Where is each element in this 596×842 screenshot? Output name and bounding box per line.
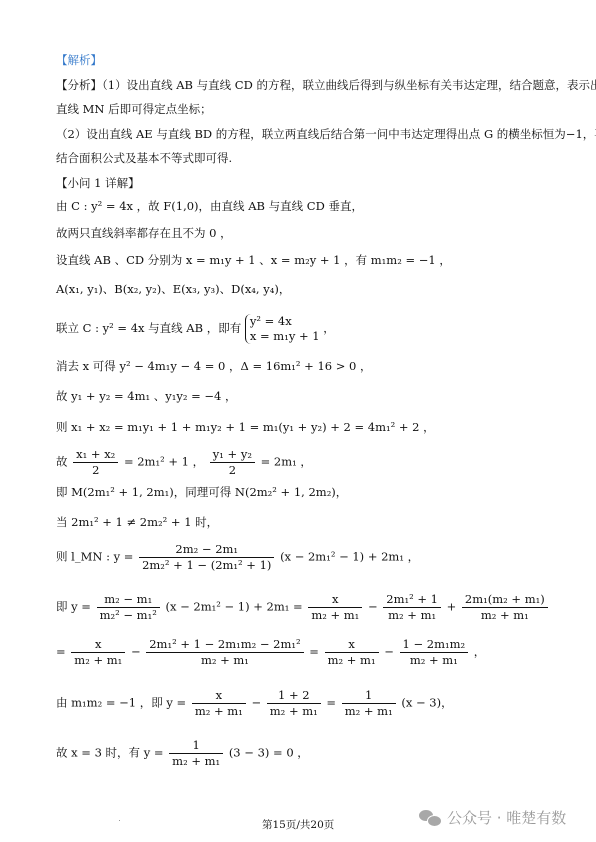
page-number: 第15页/共20页 [262,817,334,832]
fraction: 2m₁² + 1m₂ + m₁ [383,592,441,623]
numerator: x [192,688,246,704]
numerator: y₁ + y₂ [210,447,255,463]
analysis-part1-text: （1）设出直线 AB 与直线 CD 的方程，联立曲线后得到与纵坐标有关韦达定理，… [102,78,596,92]
denominator: 2 [210,463,255,478]
numerator: x₁ + x₂ [73,447,118,463]
fraction: xm₂ + m₁ [308,592,362,623]
section-heading: 【解析】 [56,52,102,68]
line5-suffix: ， [323,321,335,335]
solution-line-11: 当 2m₁² + 1 ≠ 2m₂² + 1 时， [56,514,218,530]
solution-line-15: 由 m₁m₂ = −1 ，即 y = xm₂ + m₁ − 1 + 2m₂ + … [56,688,453,719]
solution-line-16: 故 x = 3 时，有 y = 1m₂ + m₁ (3 − 3) = 0 ， [56,738,309,769]
fraction: xm₂ + m₁ [71,637,125,668]
denominator: m₂ + m₁ [308,608,362,623]
fraction: x₁ + x₂2 [73,447,118,478]
numerator: m₂ − m₁ [97,592,160,608]
operator: − [384,645,394,659]
denominator: m₂ + m₁ [267,704,321,719]
analysis-part1-line2: 直线 MN 后即可得定点坐标； [56,101,212,117]
solution-line-6: 消去 x 可得 y² − 4m₁y − 4 = 0 ，Δ = 16m₁² + 1… [56,358,372,374]
subquestion-heading: 【小问 1 详解】 [56,175,140,191]
numerator: 2m₁(m₂ + m₁) [462,592,548,608]
watermark: 公众号 · 唯楚有数 [419,807,566,828]
fraction: y₁ + y₂2 [210,447,255,478]
denominator: m₂ + m₁ [383,608,441,623]
fraction: xm₂ + m₁ [192,688,246,719]
line5-prefix: 联立 C : y² = 4x 与直线 AB ，即有 [56,321,241,335]
denominator: 2 [73,463,118,478]
numerator: 1 − 2m₁m₂ [400,637,469,653]
solution-line-5: 联立 C : y² = 4x 与直线 AB ，即有 y² = 4x x = m₁… [56,314,335,344]
fraction: xm₂ + m₁ [325,637,379,668]
fraction: 2m₁² + 1 − 2m₁m₂ − 2m₁²m₂ + m₁ [146,637,303,668]
line9-prefix: 故 [56,455,68,469]
denominator: m₂ + m₁ [146,653,303,668]
line14-prefix: = [56,645,66,659]
numerator: 2m₁² + 1 [383,592,441,608]
fraction: 1 + 2m₂ + m₁ [267,688,321,719]
line9-suffix: = 2m₁ ， [261,455,312,469]
denominator: m₂ + m₁ [71,653,125,668]
fraction: m₂ − m₁m₂² − m₁² [97,592,160,623]
line13-mid: (x − 2m₁² − 1) + 2m₁ = [165,600,302,614]
solution-line-1: 由 C : y² = 4x ，故 F(1,0)，由直线 AB 与直线 CD 垂直… [56,198,363,214]
solution-line-2: 故两只直线斜率都存在且不为 0 ， [56,225,232,241]
numerator: 1 [169,738,223,754]
analysis-part2-line1: （2）设出直线 AE 与直线 BD 的方程，联立两直线后结合第一问中韦达定理得出… [56,126,596,142]
denominator: m₂ + m₁ [462,608,548,623]
system-eq-1: y² = 4x [250,314,320,329]
denominator: m₂ + m₁ [192,704,246,719]
line9-mid: = 2m₁² + 1 ， [124,455,204,469]
solution-line-3: 设直线 AB 、CD 分别为 x = m₁y + 1 、x = m₂y + 1 … [56,252,451,268]
solution-line-9: 故 x₁ + x₂2 = 2m₁² + 1 ， y₁ + y₂2 = 2m₁ ， [56,447,312,478]
line16-suffix: (3 − 3) = 0 ， [229,746,309,760]
numerator: 1 [342,688,396,704]
numerator: x [325,637,379,653]
operator: + [447,600,457,614]
denominator: m₂ + m₁ [169,754,223,769]
operator: = [309,645,319,659]
solution-line-8: 则 x₁ + x₂ = m₁y₁ + 1 + m₁y₂ + 1 = m₁(y₁ … [56,419,435,435]
line16-prefix: 故 x = 3 时，有 y = [56,746,164,760]
fraction: 1m₂ + m₁ [169,738,223,769]
operator: = [326,696,336,710]
line12-prefix: 则 l_MN : y = [56,550,133,564]
denominator: m₂ + m₁ [400,653,469,668]
analysis-part2-line2: 结合面积公式及基本不等式即可得. [56,150,232,166]
numerator: 2m₁² + 1 − 2m₁m₂ − 2m₁² [146,637,303,653]
solution-line-7: 故 y₁ + y₂ = 4m₁ 、y₁y₂ = −4 ， [56,388,237,404]
solution-line-10: 即 M(2m₁² + 1, 2m₁)，同理可得 N(2m₂² + 1, 2m₂)… [56,484,347,500]
numerator: 1 + 2 [267,688,321,704]
line15-suffix: (x − 3)， [401,696,452,710]
numerator: x [71,637,125,653]
solution-line-13: 即 y = m₂ − m₁m₂² − m₁² (x − 2m₁² − 1) + … [56,592,550,623]
solution-line-14: = xm₂ + m₁ − 2m₁² + 1 − 2m₁m₂ − 2m₁²m₂ +… [56,637,485,668]
denominator: m₂² − m₁² [97,608,160,623]
fraction: 2m₁(m₂ + m₁)m₂ + m₁ [462,592,548,623]
numerator: x [308,592,362,608]
line14-suffix: ， [474,645,486,659]
denominator: 2m₂² + 1 − (2m₁² + 1) [139,558,274,573]
stray-dot [119,820,120,821]
operator: − [131,645,141,659]
numerator: 2m₂ − 2m₁ [139,542,274,558]
fraction: 1 − 2m₁m₂m₂ + m₁ [400,637,469,668]
analysis-part1-line1: 【分析】（1）设出直线 AB 与直线 CD 的方程，联立曲线后得到与纵坐标有关韦… [56,77,596,93]
denominator: m₂ + m₁ [342,704,396,719]
operator: − [251,696,261,710]
operator: − [368,600,378,614]
analysis-label: 【分析】 [56,78,102,92]
watermark-text: 公众号 · 唯楚有数 [447,807,566,828]
fraction: 1m₂ + m₁ [342,688,396,719]
solution-line-4: A(x₁, y₁)、B(x₂, y₂)、E(x₃, y₃)、D(x₄, y₄)， [56,281,290,297]
system-eq-2: x = m₁y + 1 [250,329,320,344]
line13-prefix: 即 y = [56,600,91,614]
solution-line-12: 则 l_MN : y = 2m₂ − 2m₁2m₂² + 1 − (2m₁² +… [56,542,419,573]
equation-system: y² = 4x x = m₁y + 1 [245,314,320,344]
fraction: 2m₂ − 2m₁2m₂² + 1 − (2m₁² + 1) [139,542,274,573]
wechat-icon [419,810,441,826]
denominator: m₂ + m₁ [325,653,379,668]
line12-suffix: (x − 2m₁² − 1) + 2m₁ ， [280,550,419,564]
line15-prefix: 由 m₁m₂ = −1 ，即 y = [56,696,186,710]
